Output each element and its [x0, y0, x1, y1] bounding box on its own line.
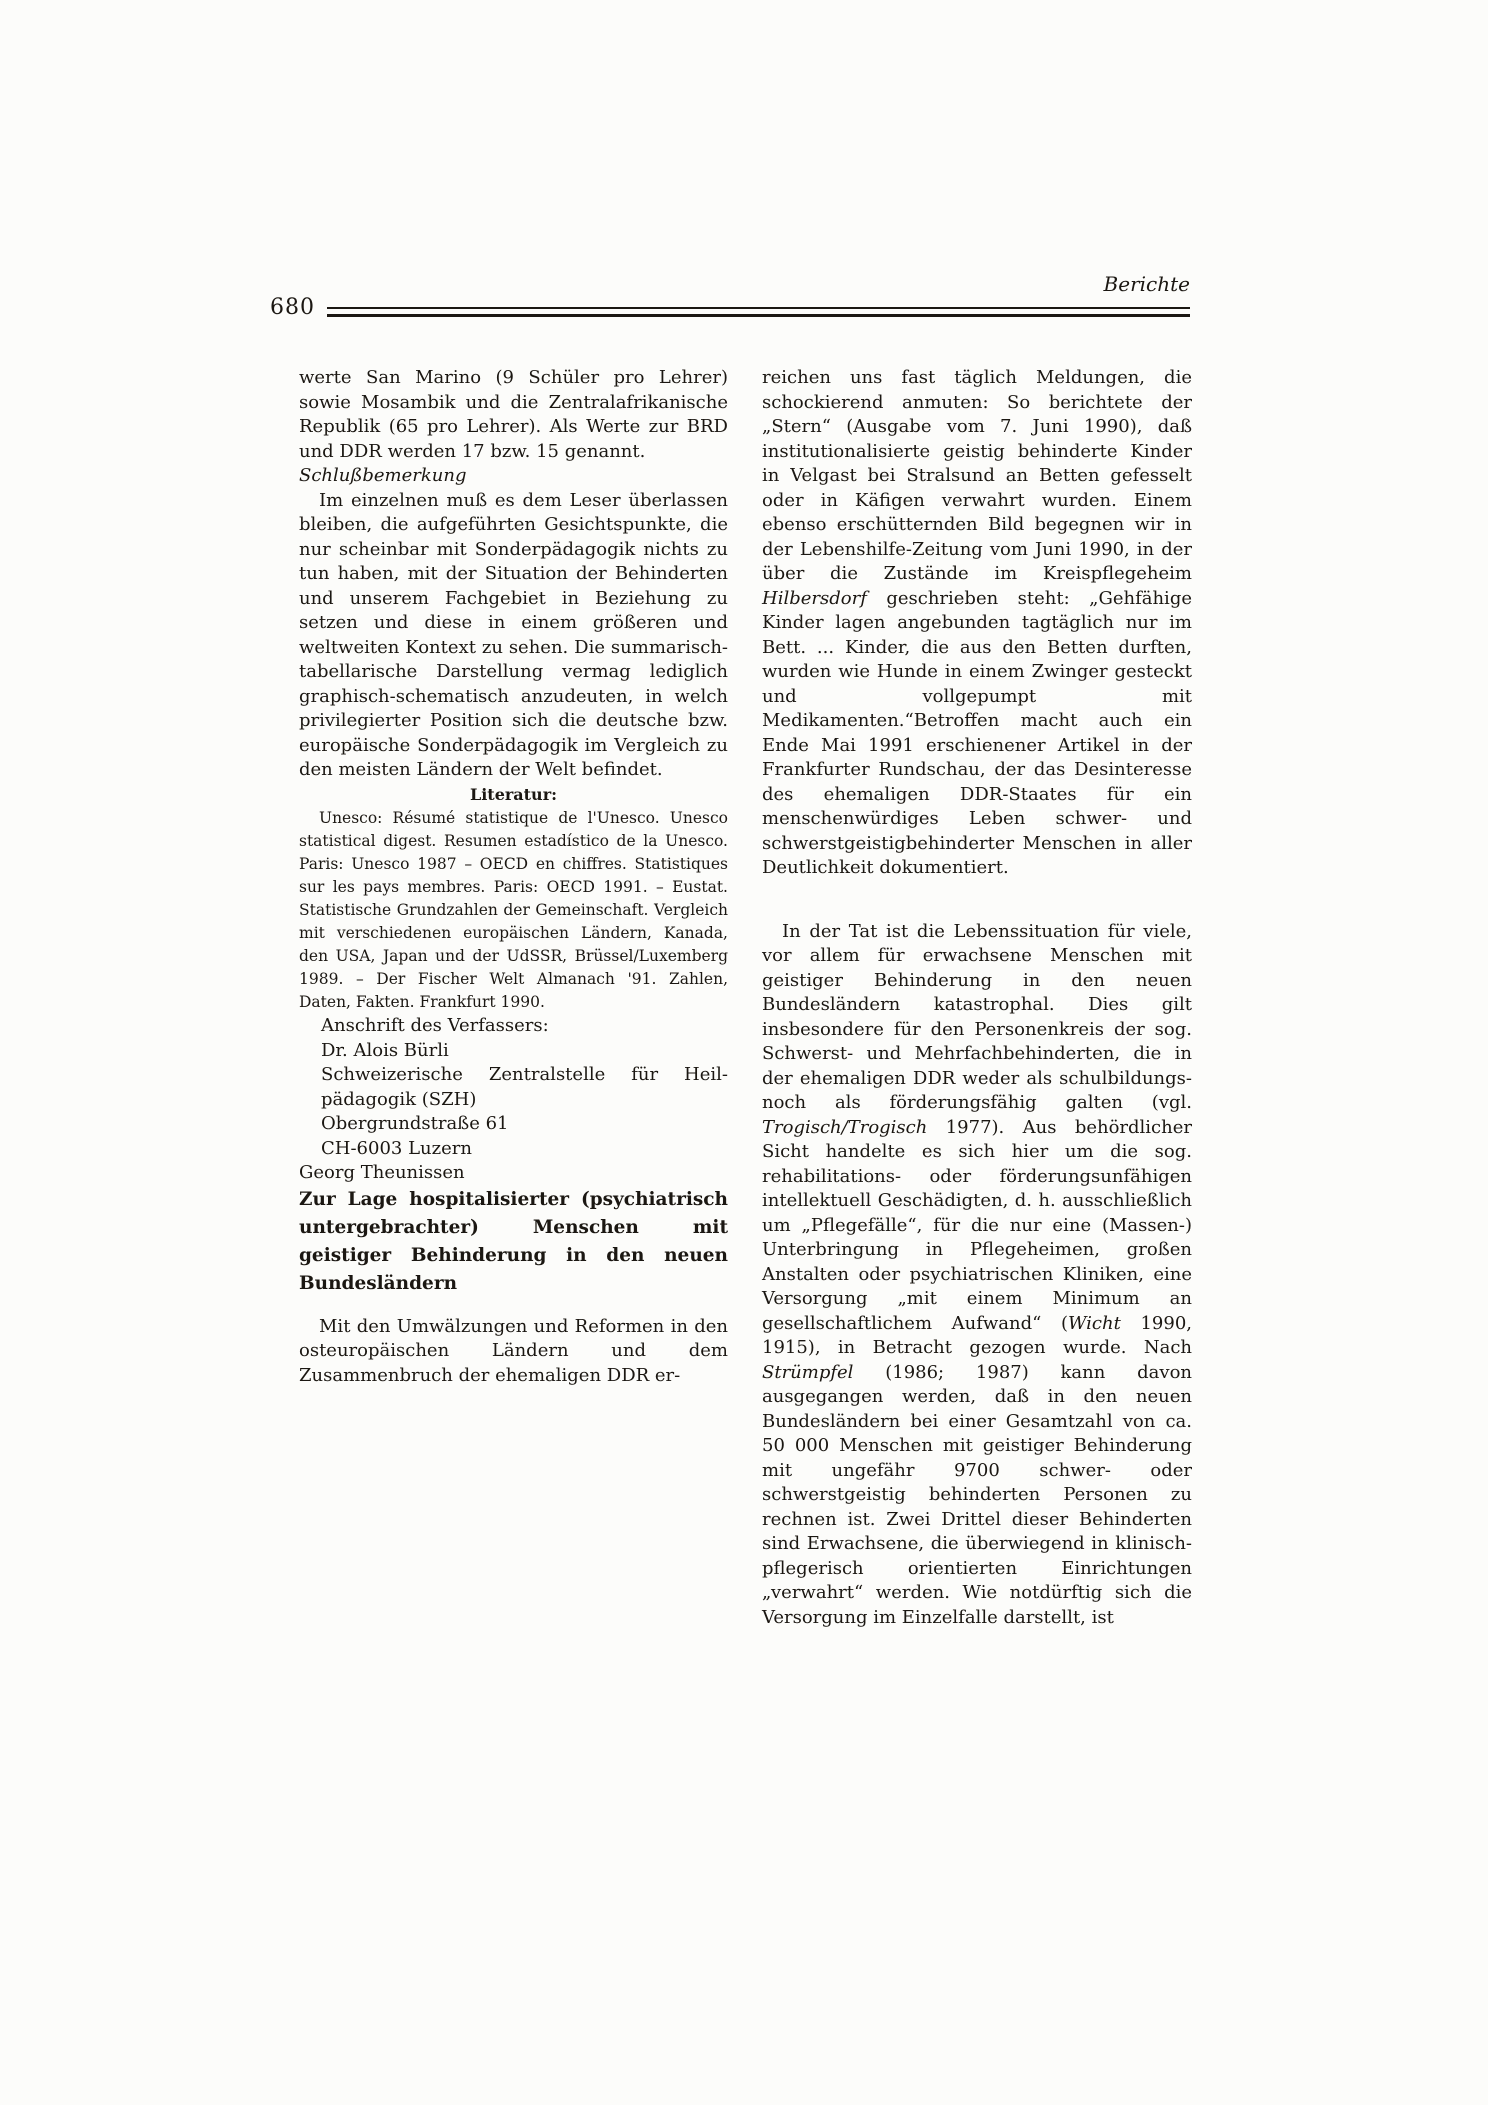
literature-heading: Literatur:: [299, 783, 728, 808]
italic-text-run: Strümpfel: [762, 1362, 853, 1383]
body-paragraph: reichen uns fast täglich Meldungen, die …: [762, 366, 1192, 881]
header-double-rule: [327, 307, 1190, 317]
italic-text-run: Hilbersdorf: [762, 588, 867, 609]
left-column: werte San Marino (9 Schüler pro Lehrer) …: [299, 366, 728, 1388]
page-number: 680: [270, 295, 315, 320]
body-paragraph: werte San Marino (9 Schüler pro Lehrer) …: [299, 366, 728, 464]
address-line: Obergrundstraße 61: [321, 1112, 728, 1137]
text-run: reichen uns fast täglich Meldungen, die …: [762, 367, 1192, 584]
address-line: Anschrift des Verfassers:: [321, 1014, 728, 1039]
italic-text-run: Trogisch/Trogisch: [762, 1117, 927, 1138]
address-line: Schweizerische Zentralstelle für Heil-: [321, 1063, 728, 1088]
text-run: Mit den Umwälzungen und Reformen in den …: [299, 1316, 728, 1386]
text-run: In der Tat ist die Lebenssituation für v…: [762, 921, 1192, 1114]
literature-paragraph: Unesco: Résumé statistique de l'Unesco. …: [299, 807, 728, 1014]
text-run: (1986; 1987) kann davon ausgegangen werd…: [762, 1362, 1192, 1628]
author-name: Georg Theunissen: [299, 1161, 728, 1186]
running-header-title: Berichte: [890, 272, 1190, 296]
right-column: reichen uns fast täglich Meldungen, die …: [762, 366, 1192, 1630]
body-paragraph: Mit den Umwälzungen und Reformen in den …: [299, 1315, 728, 1389]
text-run: Unesco: Résumé statistique de l'Unesco. …: [299, 809, 728, 1011]
text-run: 1977). Aus behördlicher Sicht handelte e…: [762, 1117, 1192, 1334]
section-subheading: Schlußbemerkung: [299, 464, 728, 489]
author-address-block: Anschrift des Verfassers:Dr. Alois Bürli…: [299, 1014, 728, 1161]
address-line: pädagogik (SZH): [321, 1088, 728, 1113]
journal-page: 680 Berichte werte San Marino (9 Schüler…: [0, 0, 1488, 2105]
text-run: geschrieben steht: „Gehfähige Kinder lag…: [762, 588, 1192, 879]
text-run: Im einzelnen muß es dem Leser überlassen…: [299, 490, 728, 781]
address-line: Dr. Alois Bürli: [321, 1039, 728, 1064]
body-paragraph: In der Tat ist die Lebenssituation für v…: [762, 920, 1192, 1631]
italic-text-run: Wicht: [1068, 1313, 1121, 1334]
article-title: Zur Lage hospitalisierter (psychiatrisch…: [299, 1186, 728, 1298]
address-line: CH-6003 Luzern: [321, 1137, 728, 1162]
body-paragraph: Im einzelnen muß es dem Leser überlassen…: [299, 489, 728, 783]
text-run: werte San Marino (9 Schüler pro Lehrer) …: [299, 367, 728, 462]
